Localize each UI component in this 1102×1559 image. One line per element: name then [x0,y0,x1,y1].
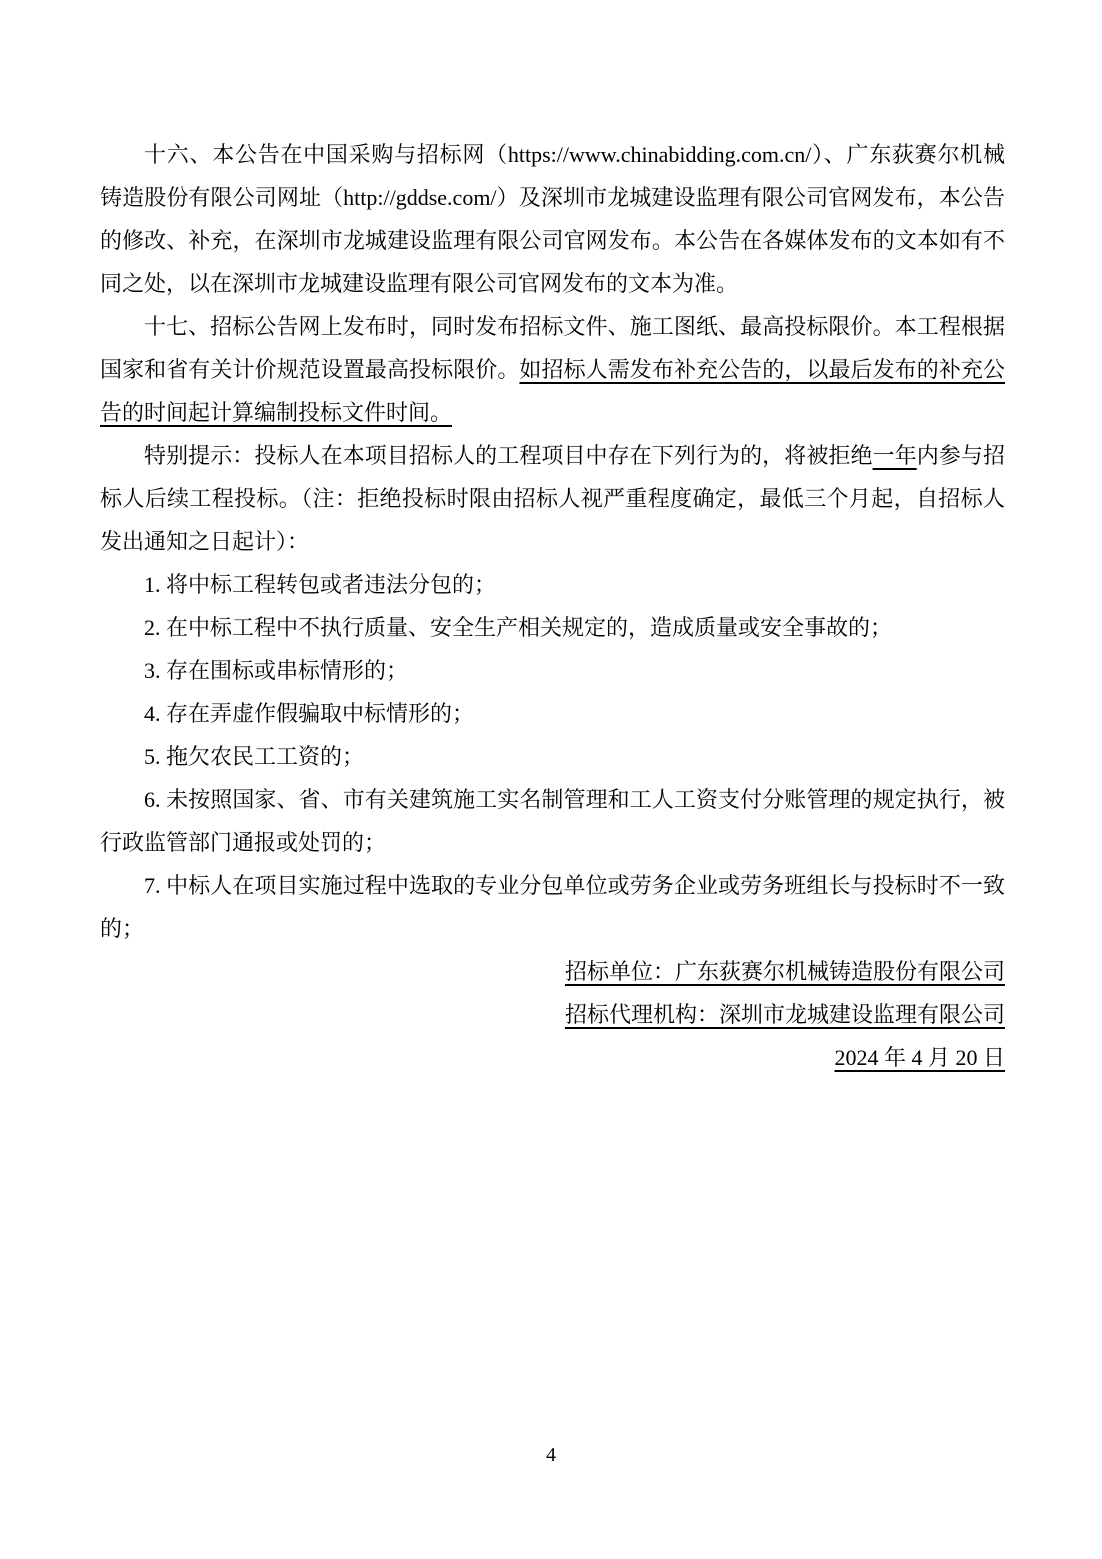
special-notice-underlined-text: 一年 [873,443,917,468]
list-item-5: 5. 拖欠农民工工资的； [100,735,1005,778]
special-notice-text-pre: 特别提示：投标人在本项目招标人的工程项目中存在下列行为的，将被拒绝 [144,443,873,468]
special-notice: 特别提示：投标人在本项目招标人的工程项目中存在下列行为的，将被拒绝一年内参与招标… [100,434,1005,563]
agency-line: 招标代理机构：深圳市龙城建设监理有限公司 [100,993,1005,1036]
tenderer-line: 招标单位：广东荻赛尔机械铸造股份有限公司 [100,950,1005,993]
date-line-text: 2024 年 4 月 20 日 [834,1045,1005,1070]
signature-block: 招标单位：广东荻赛尔机械铸造股份有限公司 招标代理机构：深圳市龙城建设监理有限公… [100,950,1005,1079]
paragraph-16: 十六、本公告在中国采购与招标网（https://www.chinabidding… [100,133,1005,305]
document-page: 十六、本公告在中国采购与招标网（https://www.chinabidding… [0,0,1102,1559]
date-line: 2024 年 4 月 20 日 [100,1036,1005,1079]
list-item-7: 7. 中标人在项目实施过程中选取的专业分包单位或劳务企业或劳务班组长与投标时不一… [100,864,1005,950]
list-item-6: 6. 未按照国家、省、市有关建筑施工实名制管理和工人工资支付分账管理的规定执行，… [100,778,1005,864]
list-item-3: 3. 存在围标或串标情形的； [100,649,1005,692]
paragraph-16-text: 十六、本公告在中国采购与招标网（https://www.chinabidding… [100,142,1005,296]
tenderer-line-text: 招标单位：广东荻赛尔机械铸造股份有限公司 [565,959,1005,984]
list-item-1: 1. 将中标工程转包或者违法分包的； [100,563,1005,606]
list-item-4: 4. 存在弄虚作假骗取中标情形的； [100,692,1005,735]
list-item-2: 2. 在中标工程中不执行质量、安全生产相关规定的，造成质量或安全事故的； [100,606,1005,649]
agency-line-text: 招标代理机构：深圳市龙城建设监理有限公司 [565,1002,1005,1027]
paragraph-17: 十七、招标公告网上发布时，同时发布招标文件、施工图纸、最高投标限价。本工程根据国… [100,305,1005,434]
page-number: 4 [0,1443,1102,1467]
document-body: 十六、本公告在中国采购与招标网（https://www.chinabidding… [0,0,1102,1079]
